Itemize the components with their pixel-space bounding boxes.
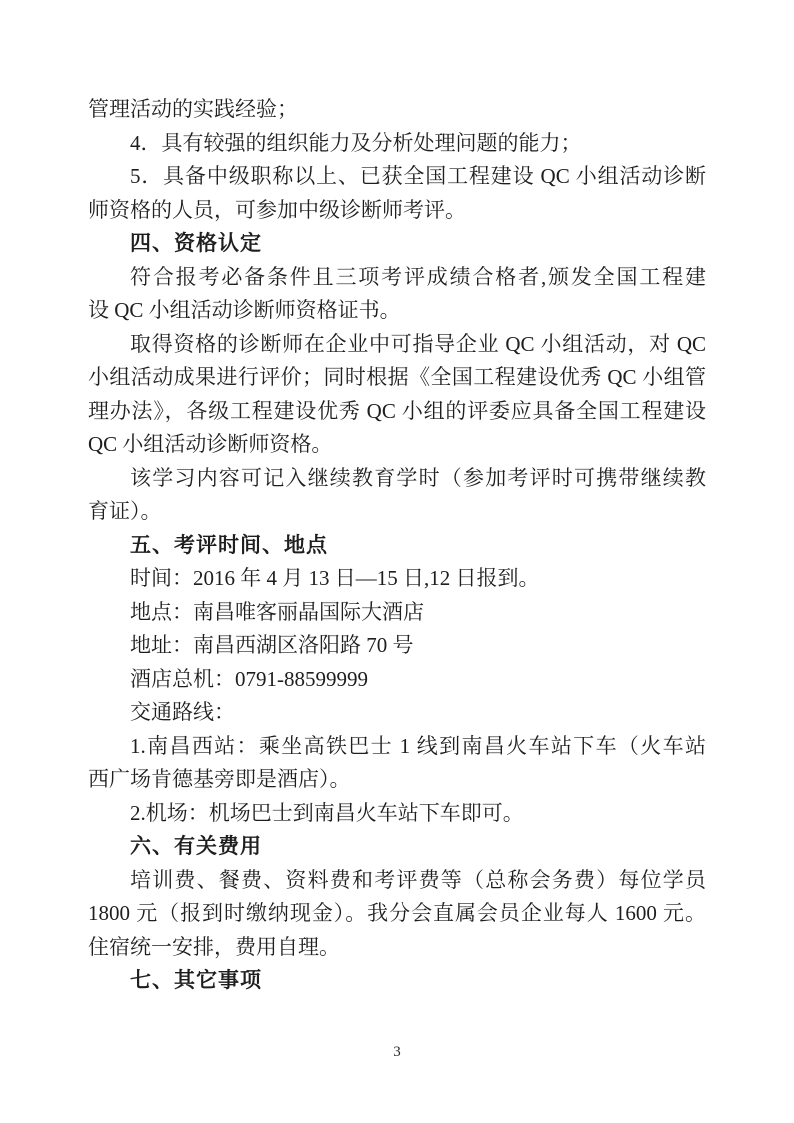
text-line: QC 小组活动诊断师资格。 xyxy=(88,428,706,462)
line-fee-amounts: 1800 元（报到时缴纳现金）。我分会直属会员企业每人 1600 元。 xyxy=(88,897,706,931)
heading-other-matters: 七、其它事项 xyxy=(88,964,706,998)
line-exam-location: 地点：南昌唯客丽晶国际大酒店 xyxy=(88,596,706,630)
heading-exam-time-location: 五、考评时间、地点 xyxy=(88,529,706,563)
heading-qualification: 四、资格认定 xyxy=(88,227,706,261)
text-line: 符合报考必备条件且三项考评成绩合格者,颁发全国工程建 xyxy=(88,261,706,295)
text-line: 师资格的人员，可参加中级诊断师考评。 xyxy=(88,194,706,228)
text-line: 该学习内容可记入继续教育学时（参加考评时可携带继续教 xyxy=(88,462,706,496)
text-line: 育证）。 xyxy=(88,495,706,529)
text-line: 设 QC 小组活动诊断师资格证书。 xyxy=(88,294,706,328)
paragraph-continuation-line: 管理活动的实践经验； xyxy=(88,93,706,127)
text-line: 取得资格的诊断师在企业中可指导企业 QC 小组活动，对 QC xyxy=(88,328,706,362)
text-line: 小组活动成果进行评价；同时根据《全国工程建设优秀 QC 小组管 xyxy=(88,361,706,395)
line-traffic-routes-label: 交通路线： xyxy=(88,696,706,730)
list-item-5: 5．具备中级职称以上、已获全国工程建设 QC 小组活动诊断 xyxy=(88,160,706,194)
line-accommodation: 住宿统一安排，费用自理。 xyxy=(88,931,706,965)
page-number: 3 xyxy=(0,1042,794,1062)
text-line: 理办法》，各级工程建设优秀 QC 小组的评委应具备全国工程建设 xyxy=(88,395,706,429)
line-route-1: 1.南昌西站：乘坐高铁巴士 1 线到南昌火车站下车（火车站 xyxy=(88,730,706,764)
text-line: 西广场肯德基旁即是酒店）。 xyxy=(88,763,706,797)
line-route-2: 2.机场：机场巴士到南昌火车站下车即可。 xyxy=(88,797,706,831)
line-hotel-phone: 酒店总机：0791-88599999 xyxy=(88,663,706,697)
document-body: 管理活动的实践经验； 4．具有较强的组织能力及分析处理问题的能力； 5．具备中级… xyxy=(88,93,706,998)
document-page: 管理活动的实践经验； 4．具有较强的组织能力及分析处理问题的能力； 5．具备中级… xyxy=(0,0,794,1123)
heading-fees: 六、有关费用 xyxy=(88,830,706,864)
text-line: 培训费、餐费、资料费和考评费等（总称会务费）每位学员 xyxy=(88,864,706,898)
list-item-4: 4．具有较强的组织能力及分析处理问题的能力； xyxy=(88,127,706,161)
line-hotel-address: 地址：南昌西湖区洛阳路 70 号 xyxy=(88,629,706,663)
line-exam-time: 时间：2016 年 4 月 13 日—15 日,12 日报到。 xyxy=(88,562,706,596)
